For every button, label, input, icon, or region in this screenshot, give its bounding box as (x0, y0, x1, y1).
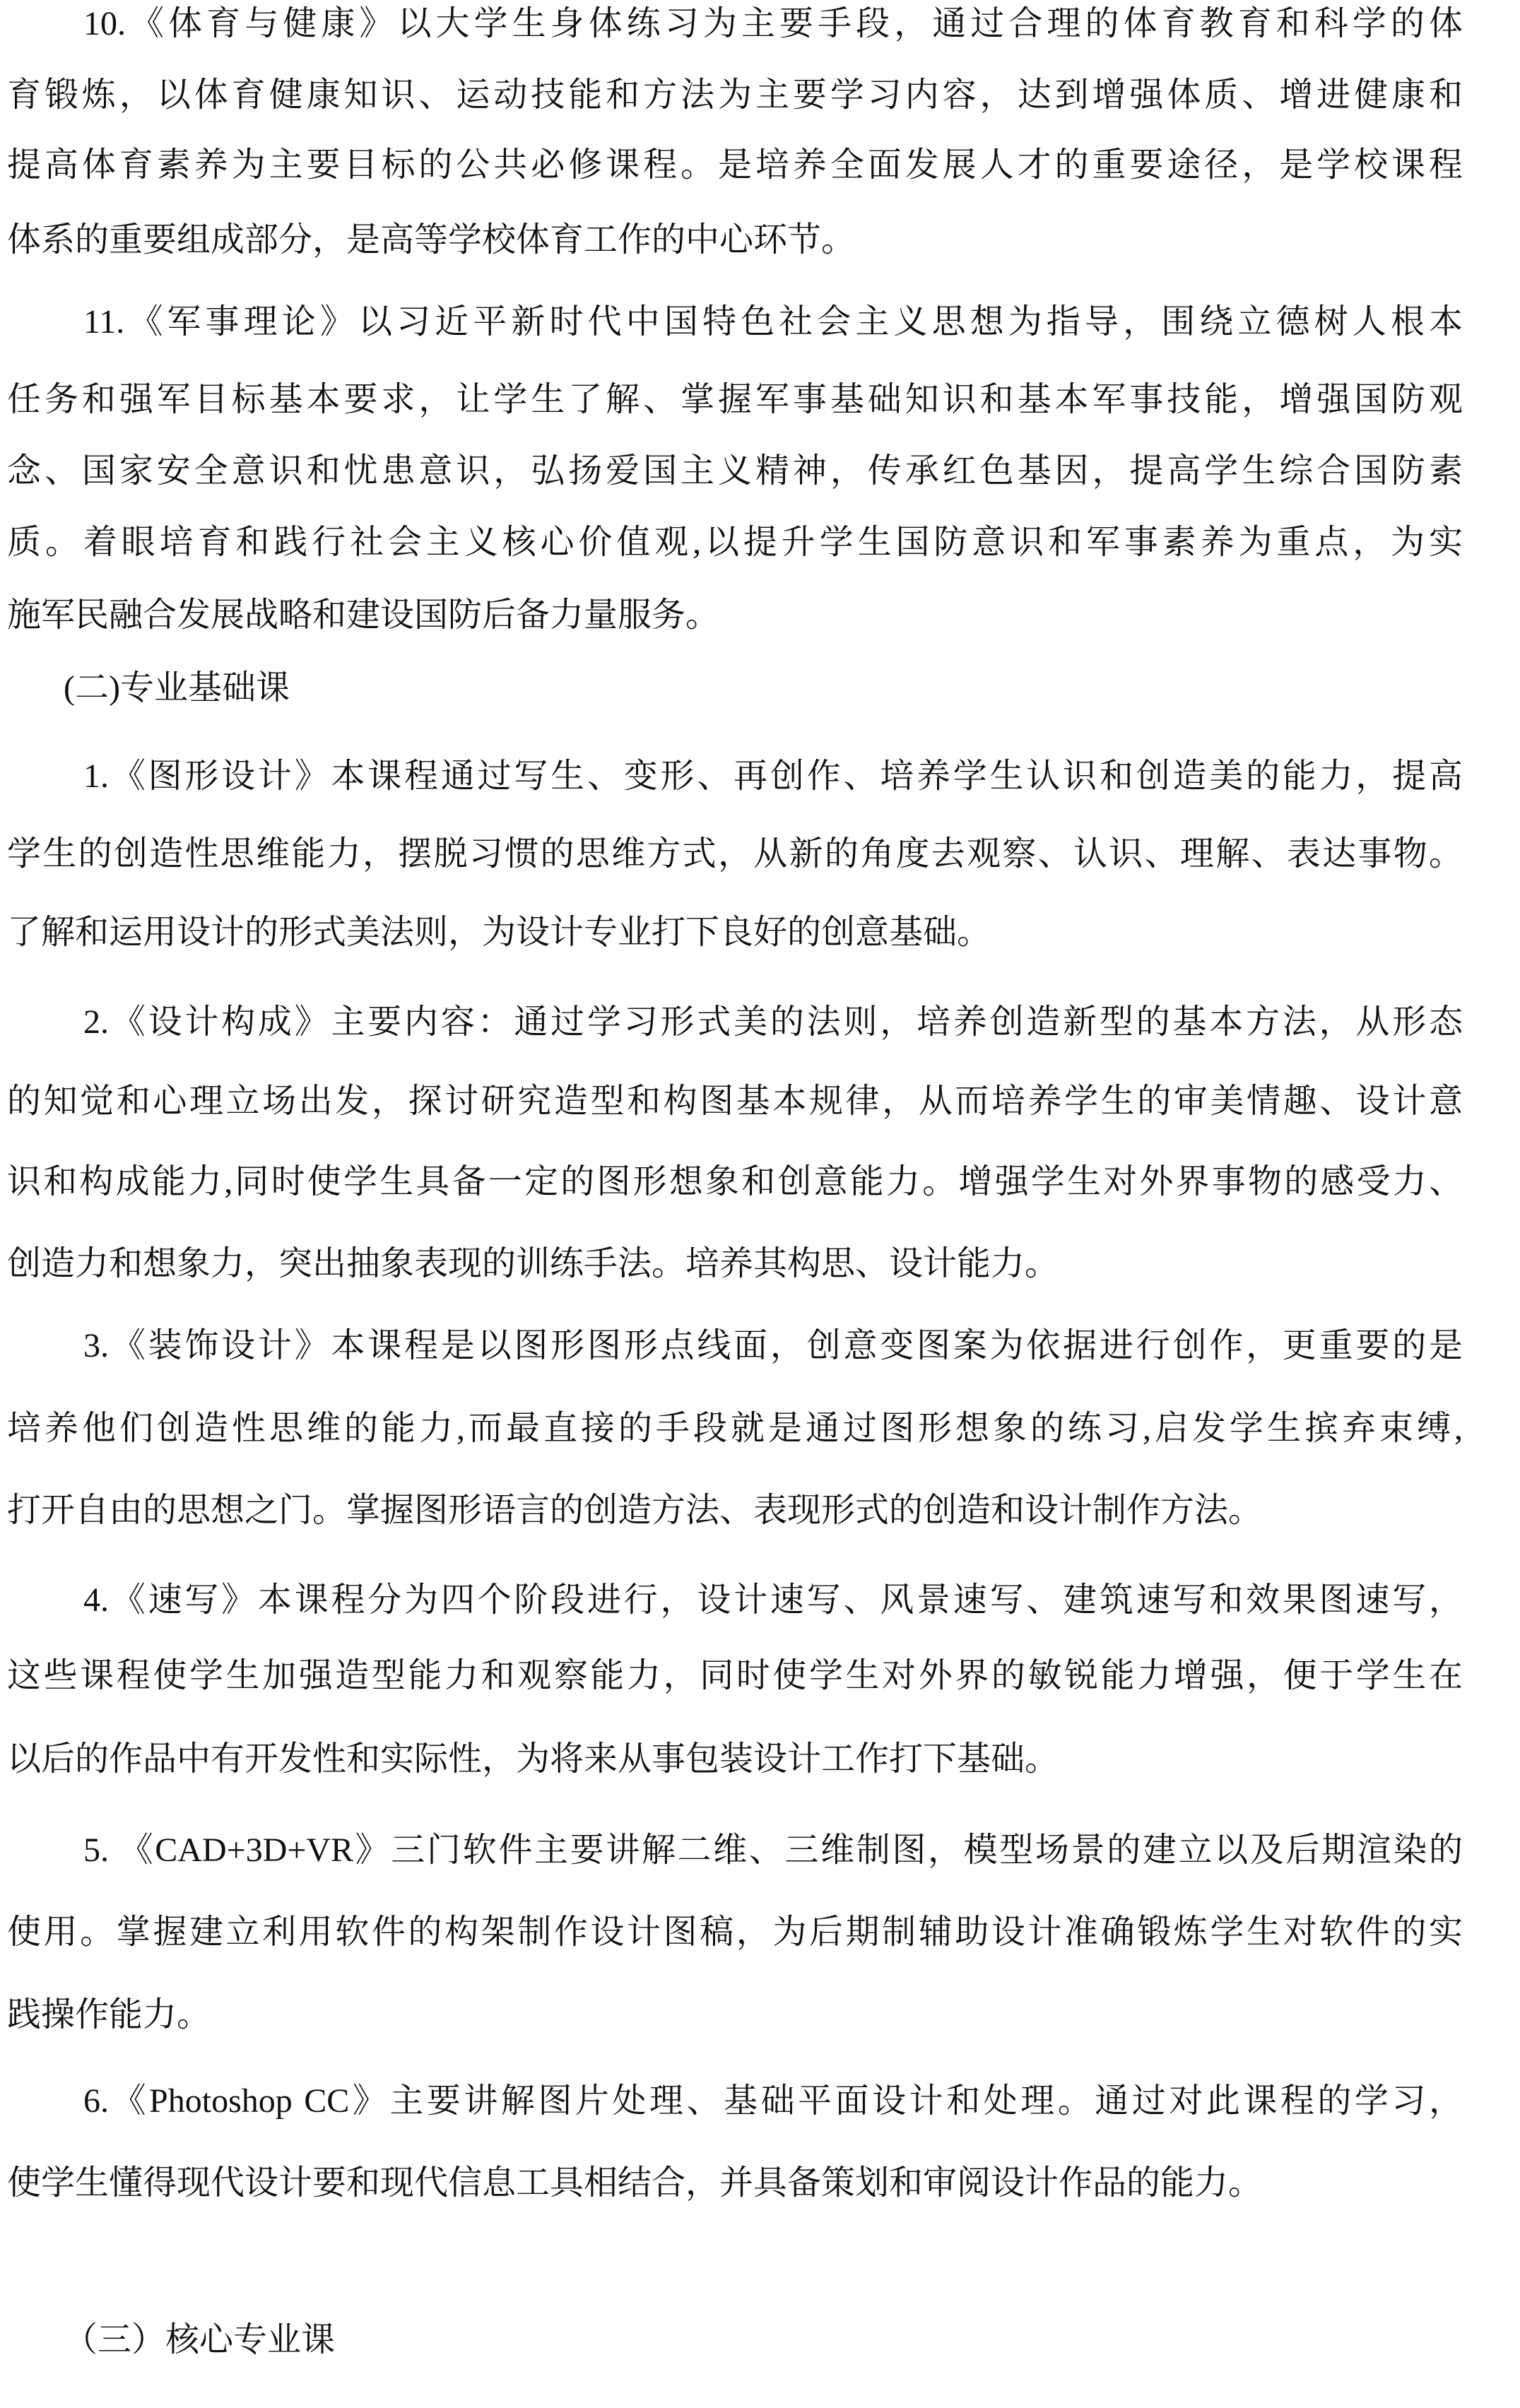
section-heading: （三）核心专业课 (64, 2319, 335, 2361)
paragraph-line: 使用。掌握建立利用软件的构架制作设计图稿，为后期制辅助设计准确锻炼学生对软件的实 (7, 1911, 1463, 1954)
paragraph-line: 任务和强军目标基本要求，让学生了解、掌握军事基础知识和基本军事技能，增强国防观 (7, 379, 1463, 421)
paragraph-line: 念、国家安全意识和忧患意识，弘扬爱国主义精神，传承红色基因，提高学生综合国防素 (7, 450, 1463, 492)
paragraph-line: 10.《体育与健康》以大学生身体练习为主要手段，通过合理的体育教育和科学的体 (83, 3, 1463, 45)
paragraph-line: 以后的作品中有开发性和实际性，为将来从事包装设计工作打下基础。 (7, 1738, 1463, 1781)
paragraph-line: 了解和运用设计的形式美法则，为设计专业打下良好的创意基础。 (7, 911, 1463, 954)
paragraph-line: 施军民融合发展战略和建设国防后备力量服务。 (7, 594, 1463, 637)
paragraph-line: 5. 《CAD+3D+VR》三门软件主要讲解二维、三维制图，模型场景的建立以及后… (83, 1829, 1463, 1872)
paragraph-line: 创造力和想象力，突出抽象表现的训练手法。培养其构思、设计能力。 (7, 1243, 1463, 1285)
section-heading: (二)专业基础课 (64, 667, 290, 709)
paragraph-line: 培养他们创造性思维的能力,而最直接的手段就是通过图形想象的练习,启发学生摈弃束缚… (7, 1407, 1463, 1450)
paragraph-line: 学生的创造性思维能力，摆脱习惯的思维方式，从新的角度去观察、认识、理解、表达事物… (7, 833, 1463, 875)
paragraph-line: 这些课程使学生加强造型能力和观察能力，同时使学生对外界的敏锐能力增强，便于学生在 (7, 1655, 1463, 1697)
document-page: 10.《体育与健康》以大学生身体练习为主要手段，通过合理的体育教育和科学的体育锻… (0, 0, 1520, 2408)
paragraph-line: 2.《设计构成》主要内容：通过学习形式美的法则，培养创造新型的基本方法，从形态 (83, 1001, 1463, 1044)
paragraph-line: 提高体育素养为主要目标的公共必修课程。是培养全面发展人才的重要途径，是学校课程 (7, 144, 1463, 187)
paragraph-line: 打开自由的思想之门。掌握图形语言的创造方法、表现形式的创造和设计制作方法。 (7, 1489, 1463, 1532)
paragraph-line: 使学生懂得现代设计要和现代信息工具相结合，并具备策划和审阅设计作品的能力。 (7, 2162, 1463, 2205)
paragraph-line: 质。着眼培育和践行社会主义核心价值观,以提升学生国防意识和军事素养为重点，为实 (7, 521, 1463, 564)
paragraph-line: 3.《装饰设计》本课程是以图形图形点线面，创意变图案为依据进行创作，更重要的是 (83, 1325, 1463, 1367)
paragraph-line: 1.《图形设计》本课程通过写生、变形、再创作、培养学生认识和创造美的能力，提高 (83, 755, 1463, 798)
paragraph-line: 体系的重要组成部分，是高等学校体育工作的中心环节。 (7, 219, 1463, 261)
paragraph-line: 6.《Photoshop CC》主要讲解图片处理、基础平面设计和处理。通过对此课… (83, 2080, 1463, 2123)
paragraph-line: 育锻炼，以体育健康知识、运动技能和方法为主要学习内容，达到增强体质、增进健康和 (7, 74, 1463, 117)
paragraph-line: 识和构成能力,同时使学生具备一定的图形想象和创意能力。增强学生对外界事物的感受力… (7, 1161, 1463, 1203)
paragraph-line: 践操作能力。 (7, 1994, 1463, 2036)
paragraph-line: 的知觉和心理立场出发，探讨研究造型和构图基本规律，从而培养学生的审美情趣、设计意 (7, 1080, 1463, 1123)
paragraph-line: 4.《速写》本课程分为四个阶段进行，设计速写、风景速写、建筑速写和效果图速写， (83, 1579, 1463, 1622)
paragraph-line: 11.《军事理论》以习近平新时代中国特色社会主义思想为指导，围绕立德树人根本 (83, 301, 1463, 343)
